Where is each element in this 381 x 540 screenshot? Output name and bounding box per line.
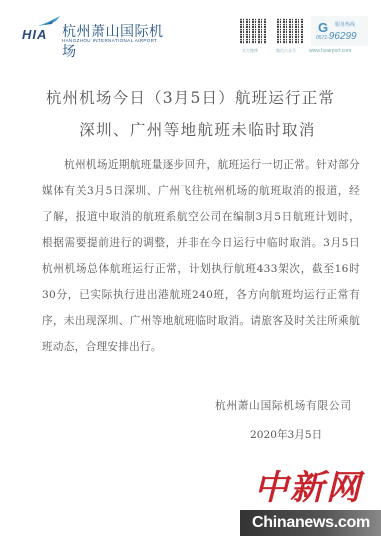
watermark-chinese: 中新网 [254, 460, 362, 509]
hotline-label: 服务热线 [335, 21, 355, 28]
hotline-prefix: 0571- [316, 35, 329, 41]
hotline-number: 0571-96299 [316, 31, 357, 42]
website-url: www.hzairport.com [309, 48, 351, 54]
logo-english-name: HANGZHOU INTERNATIONAL AIRPORT [62, 38, 157, 43]
document-body: 杭州机场近期航班量逐步回升，航班运行一切正常。针对部分媒体有关3月5日深圳、广州… [42, 152, 360, 360]
qr-code-weibo [240, 18, 266, 44]
qr-label-wechat: 微信公众号 [276, 48, 296, 54]
issue-date: 2020年3月5日 [250, 427, 322, 442]
qr-label-weibo: 官方微博 [242, 48, 258, 54]
airport-logo: HIA 杭州萧山国际机场 HANGZHOU INTERNATIONAL AIRP… [20, 16, 170, 46]
airport-letterhead: HIA 杭州萧山国际机场 HANGZHOU INTERNATIONAL AIRP… [0, 0, 381, 70]
logo-abbr: HIA [22, 27, 47, 42]
issuer-signature: 杭州萧山国际机场有限公司 [215, 398, 352, 413]
chinanews-watermark: 中新网 Chinanews.com [240, 460, 381, 540]
watermark-english: Chinanews.com [240, 510, 381, 536]
document-title-line1: 杭州机场今日（3月5日）航班运行正常 [0, 86, 381, 108]
service-hotline-box: G 服务热线 0571-96299 [311, 16, 368, 46]
document-title-line2: 深圳、广州等地航班未临时取消 [0, 118, 381, 140]
hotline-digits: 96299 [329, 31, 357, 42]
qr-code-wechat [277, 18, 303, 44]
